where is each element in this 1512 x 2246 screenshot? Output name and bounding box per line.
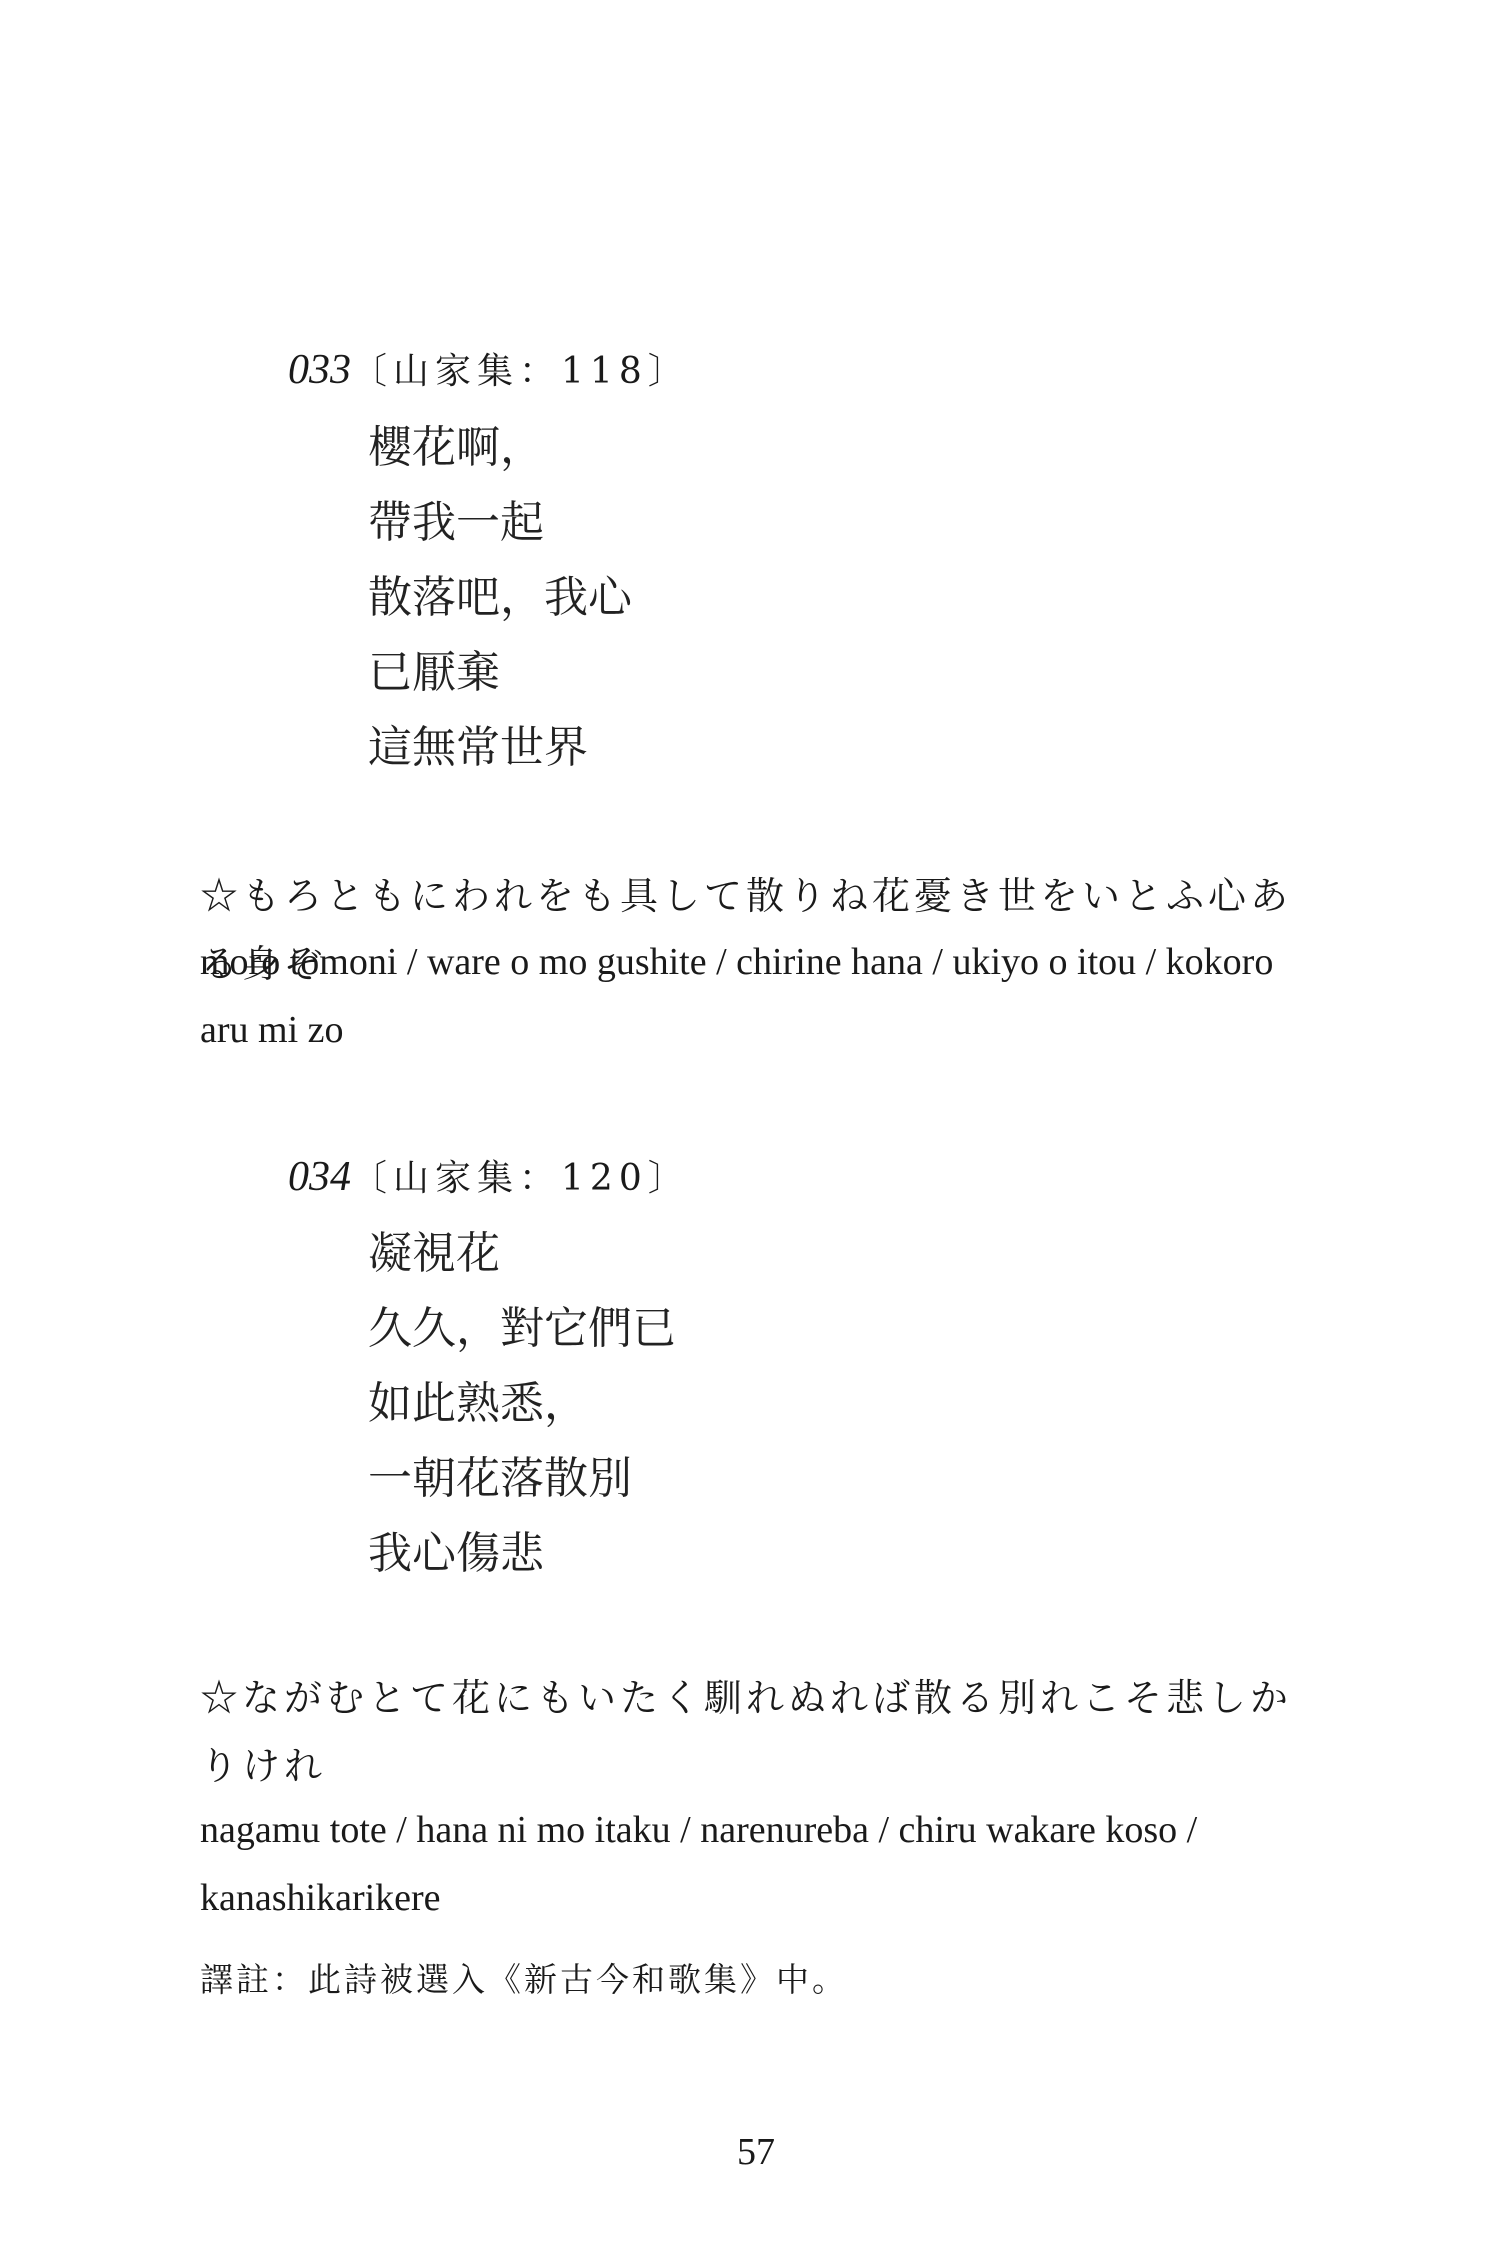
- translator-note: 譯註：此詩被選入《新古今和歌集》中。: [200, 1955, 848, 2005]
- bracket-open: 〔: [351, 1158, 393, 1199]
- poem-number: 034: [288, 1154, 351, 1200]
- poem-number: 033: [288, 347, 351, 393]
- bracket-close: 〕: [648, 351, 690, 392]
- source-reference: 山家集：120: [393, 1158, 648, 1199]
- poem-translation-034: 凝視花 久久，對它們已 如此熟悉， 一朝花落散別 我心傷悲: [368, 1216, 676, 1591]
- poem-line: 櫻花啊，: [368, 410, 632, 485]
- source-reference: 山家集：118: [393, 351, 648, 392]
- poem-translation-033: 櫻花啊， 帶我一起 散落吧，我心 已厭棄 這無常世界: [368, 410, 632, 785]
- original-japanese-034: ☆ながむとて花にもいたく馴れぬれば散る別れこそ悲しかりけれ: [200, 1664, 1325, 1800]
- poem-line: 凝視花: [368, 1216, 676, 1291]
- romanization-034: nagamu tote / hana ni mo itaku / narenur…: [200, 1796, 1330, 1932]
- poem-line: 一朝花落散別: [368, 1441, 676, 1516]
- poem-line: 帶我一起: [368, 485, 632, 560]
- book-page: 033〔山家集：118〕 櫻花啊， 帶我一起 散落吧，我心 已厭棄 這無常世界 …: [0, 0, 1512, 2246]
- bracket-open: 〔: [351, 351, 393, 392]
- bracket-close: 〕: [648, 1158, 690, 1199]
- poem-header-033: 033〔山家集：118〕: [288, 345, 690, 397]
- poem-line: 如此熟悉，: [368, 1366, 676, 1441]
- poem-line: 久久，對它們已: [368, 1291, 676, 1366]
- page-number: 57: [0, 2130, 1512, 2174]
- poem-line: 我心傷悲: [368, 1516, 676, 1591]
- poem-header-034: 034〔山家集：120〕: [288, 1152, 690, 1204]
- poem-line: 散落吧，我心: [368, 560, 632, 635]
- poem-line: 這無常世界: [368, 710, 632, 785]
- romanization-033: moro tomoni / ware o mo gushite / chirin…: [200, 928, 1330, 1064]
- poem-line: 已厭棄: [368, 635, 632, 710]
